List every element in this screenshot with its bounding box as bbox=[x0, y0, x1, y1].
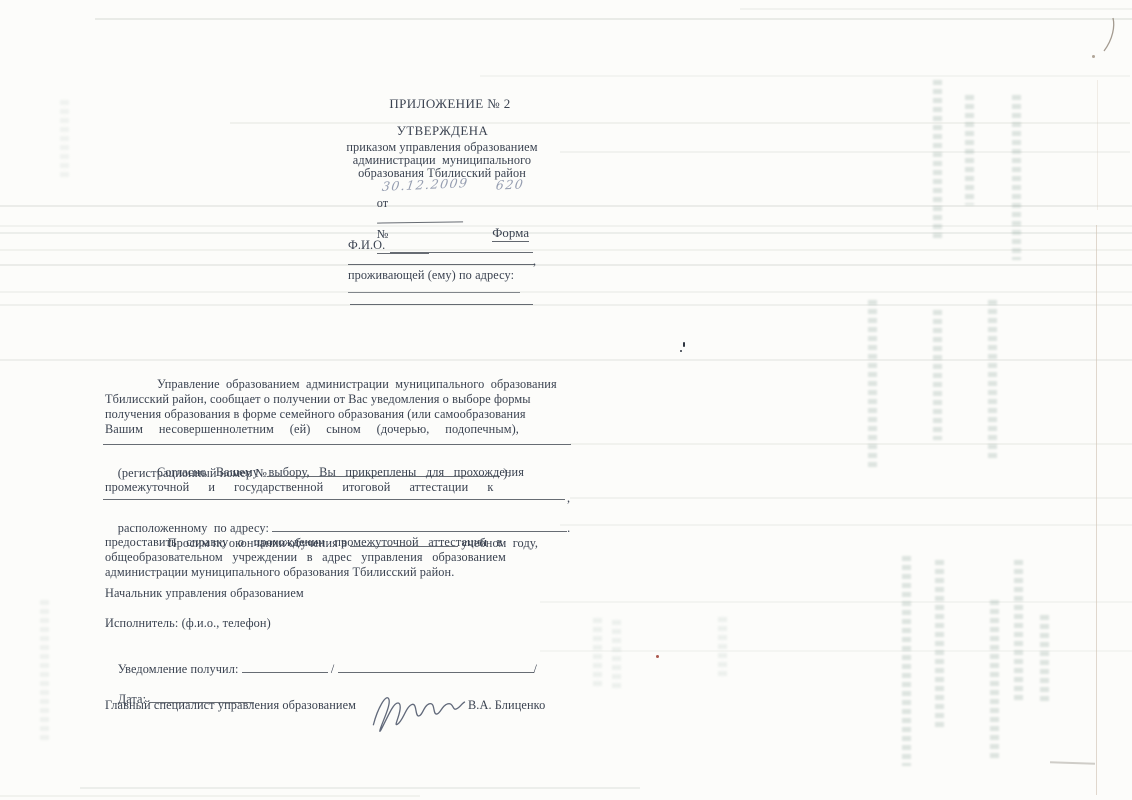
located-tail: . bbox=[567, 521, 570, 535]
scan-streak bbox=[570, 443, 1132, 445]
body-p3-line2: предоставить справку о прохождении проме… bbox=[105, 535, 502, 550]
scan-streak bbox=[560, 524, 1132, 526]
chief-specialist-label: Главный специалист управления образовани… bbox=[105, 698, 356, 713]
bleed-through-artifact bbox=[1040, 615, 1049, 705]
bleed-through-artifact bbox=[612, 620, 621, 690]
body-p3-line3: общеобразовательном учреждении в адрес у… bbox=[105, 550, 506, 565]
scan-streak bbox=[95, 18, 1132, 20]
date-prefix-label: от bbox=[377, 196, 389, 210]
received-signature-blank-field bbox=[242, 661, 328, 673]
received-label: Уведомление получил: bbox=[118, 662, 242, 676]
ink-speck bbox=[680, 350, 682, 352]
executor-label: Исполнитель: (ф.и.о., телефон) bbox=[105, 616, 271, 631]
ink-speck bbox=[1092, 55, 1095, 58]
approval-date-line: от № bbox=[364, 181, 463, 273]
scan-streak bbox=[0, 264, 1132, 266]
scan-streak bbox=[80, 787, 640, 789]
appendix-title: ПРИЛОЖЕНИЕ № 2 bbox=[330, 96, 570, 111]
page-edge bbox=[1097, 80, 1098, 210]
scan-streak bbox=[540, 650, 1132, 652]
date-blank-field bbox=[377, 210, 463, 223]
approved-label: УТВЕРЖДЕНА bbox=[325, 124, 560, 139]
fio-blank-field bbox=[390, 252, 533, 253]
chief-specialist-name: В.А. Блиценко bbox=[468, 698, 545, 713]
scan-streak bbox=[0, 232, 1132, 234]
scan-streak bbox=[570, 497, 1132, 499]
bleed-through-artifact bbox=[40, 600, 49, 740]
fio-comma-mark: , bbox=[533, 254, 536, 269]
scan-streak bbox=[0, 795, 420, 797]
body-p2-line1: Согласно Вашему выбору, Вы прикреплены д… bbox=[157, 465, 524, 480]
address-blank-field bbox=[348, 292, 520, 293]
address-label: проживающей (ему) по адресу: bbox=[348, 268, 514, 283]
address-blank-field-2 bbox=[350, 304, 533, 305]
institution-line-tail: , bbox=[567, 491, 570, 506]
pen-mark-top-right-icon bbox=[1100, 16, 1118, 54]
fio-blank-field-2 bbox=[348, 264, 534, 265]
page-edge bbox=[1096, 225, 1097, 795]
head-of-department-label: Начальник управления образованием bbox=[105, 586, 304, 601]
scanned-document-page: ПРИЛОЖЕНИЕ № 2 УТВЕРЖДЕНА приказом управ… bbox=[0, 0, 1132, 800]
body-p1-line2: Тбилисский район, сообщает о получении о… bbox=[105, 392, 531, 407]
signature-scribble bbox=[366, 681, 470, 737]
bleed-through-artifact bbox=[933, 80, 942, 240]
handwritten-number: 620 bbox=[495, 176, 525, 192]
slash-separator: / bbox=[331, 662, 335, 676]
bleed-through-artifact bbox=[593, 618, 602, 688]
bleed-through-artifact bbox=[933, 310, 942, 440]
bleed-through-artifact bbox=[988, 300, 997, 460]
scan-streak bbox=[0, 304, 1132, 306]
scan-streak bbox=[480, 75, 1130, 77]
bleed-through-artifact bbox=[990, 600, 999, 760]
scan-streak bbox=[0, 225, 1132, 227]
bleed-through-artifact bbox=[965, 95, 974, 205]
bleed-through-artifact bbox=[718, 617, 727, 677]
body-p2-line2: промежуточной и государственной итоговой… bbox=[105, 480, 493, 495]
ink-speck bbox=[656, 655, 659, 658]
scan-streak bbox=[0, 249, 1132, 251]
scan-streak bbox=[0, 205, 1132, 207]
bleed-through-artifact bbox=[60, 100, 69, 180]
received-name-blank-field bbox=[338, 661, 534, 673]
bleed-through-artifact bbox=[1012, 95, 1021, 260]
bleed-through-artifact bbox=[935, 560, 944, 730]
slash-separator-2: / bbox=[534, 662, 538, 676]
body-p1-line4: Вашим несовершеннолетним (ей) сыном (доч… bbox=[105, 422, 519, 437]
smudge-bottom-right bbox=[1050, 761, 1095, 765]
ink-speck bbox=[683, 342, 685, 347]
bleed-through-artifact bbox=[868, 300, 877, 470]
scan-streak bbox=[560, 151, 1130, 153]
bleed-through-artifact bbox=[1014, 560, 1023, 700]
scan-streak bbox=[740, 8, 1132, 10]
bleed-through-artifact bbox=[902, 556, 911, 766]
scan-streak bbox=[0, 291, 1132, 293]
scan-streak bbox=[540, 601, 1132, 603]
body-p1-line1: Управление образованием администрации му… bbox=[157, 377, 557, 392]
scan-streak bbox=[0, 359, 1132, 361]
child-name-blank-field bbox=[103, 444, 571, 445]
body-p3-line4: администрации муниципального образования… bbox=[105, 565, 454, 580]
form-label: Форма bbox=[479, 211, 529, 256]
institution-blank-field bbox=[103, 499, 565, 500]
fio-label: Ф.И.О. bbox=[348, 238, 385, 253]
body-p1-line3: получения образования в форме семейного … bbox=[105, 407, 526, 422]
